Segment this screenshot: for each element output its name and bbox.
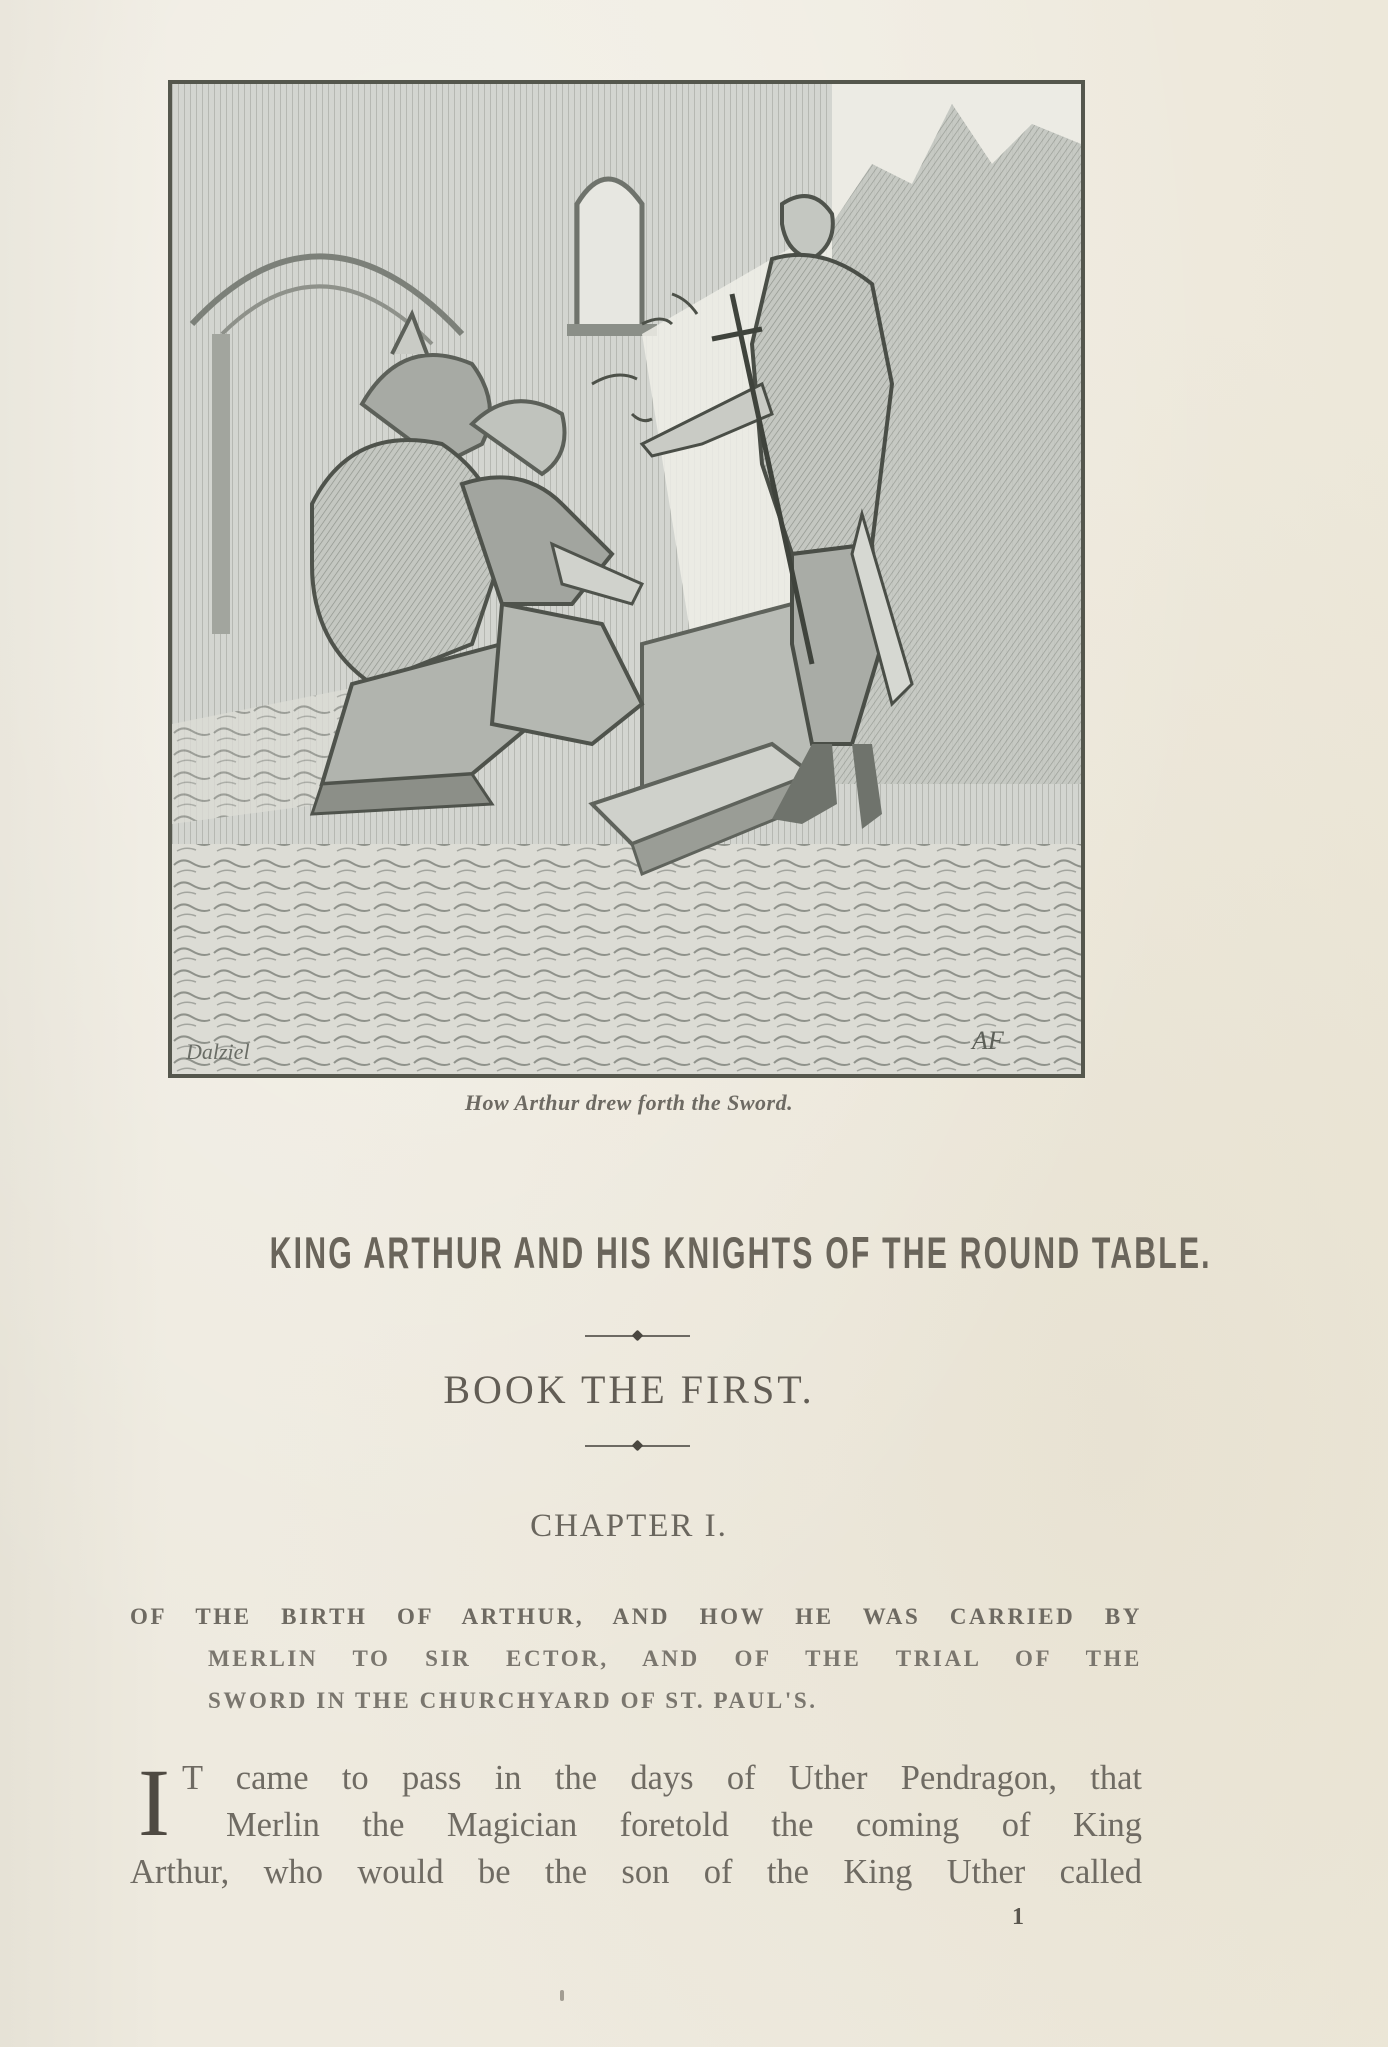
book-page: Dalziel AF How Arthur drew forth the Swo…	[0, 0, 1388, 2047]
artist-signature-right: AF	[970, 1026, 1005, 1055]
running-title: KING ARTHUR AND HIS KNIGHTS OF THE ROUND…	[270, 1228, 999, 1278]
chapter-summary: OF THE BIRTH OF ARTHUR, AND HOW HE WAS C…	[130, 1596, 1142, 1722]
divider-ornament-top	[585, 1329, 690, 1343]
chapter-summary-line: MERLIN TO SIR ECTOR, AND OF THE TRIAL OF…	[130, 1638, 1142, 1680]
engraving-illustration: Dalziel AF	[172, 84, 1081, 1074]
body-line: Merlin the Magician foretold the coming …	[130, 1802, 1142, 1849]
chapter-summary-line: OF THE BIRTH OF ARTHUR, AND HOW HE WAS C…	[130, 1596, 1142, 1638]
diamond-ornament-icon	[632, 1330, 644, 1342]
chapter-summary-line: SWORD IN THE CHURCHYARD OF ST. PAUL'S.	[130, 1680, 1142, 1722]
body-line: Arthur, who would be the son of the King…	[130, 1849, 1142, 1896]
engraver-signature-left: Dalziel	[185, 1039, 250, 1064]
diamond-ornament-icon	[632, 1440, 644, 1452]
body-paragraph: I T came to pass in the days of Uther Pe…	[130, 1755, 1142, 1896]
body-line: T came to pass in the days of Uther Pend…	[130, 1755, 1142, 1802]
divider-ornament-bottom	[585, 1439, 690, 1453]
chapter-title: CHAPTER I.	[0, 1508, 1258, 1545]
illustration-caption: How Arthur drew forth the Sword.	[0, 1090, 1258, 1116]
illustration-plate: Dalziel AF	[168, 80, 1085, 1078]
book-title: BOOK THE FIRST.	[0, 1366, 1258, 1413]
drop-cap: I	[138, 1761, 170, 1845]
page-number: 1	[1012, 1904, 1024, 1931]
paper-speck	[560, 1990, 564, 2001]
